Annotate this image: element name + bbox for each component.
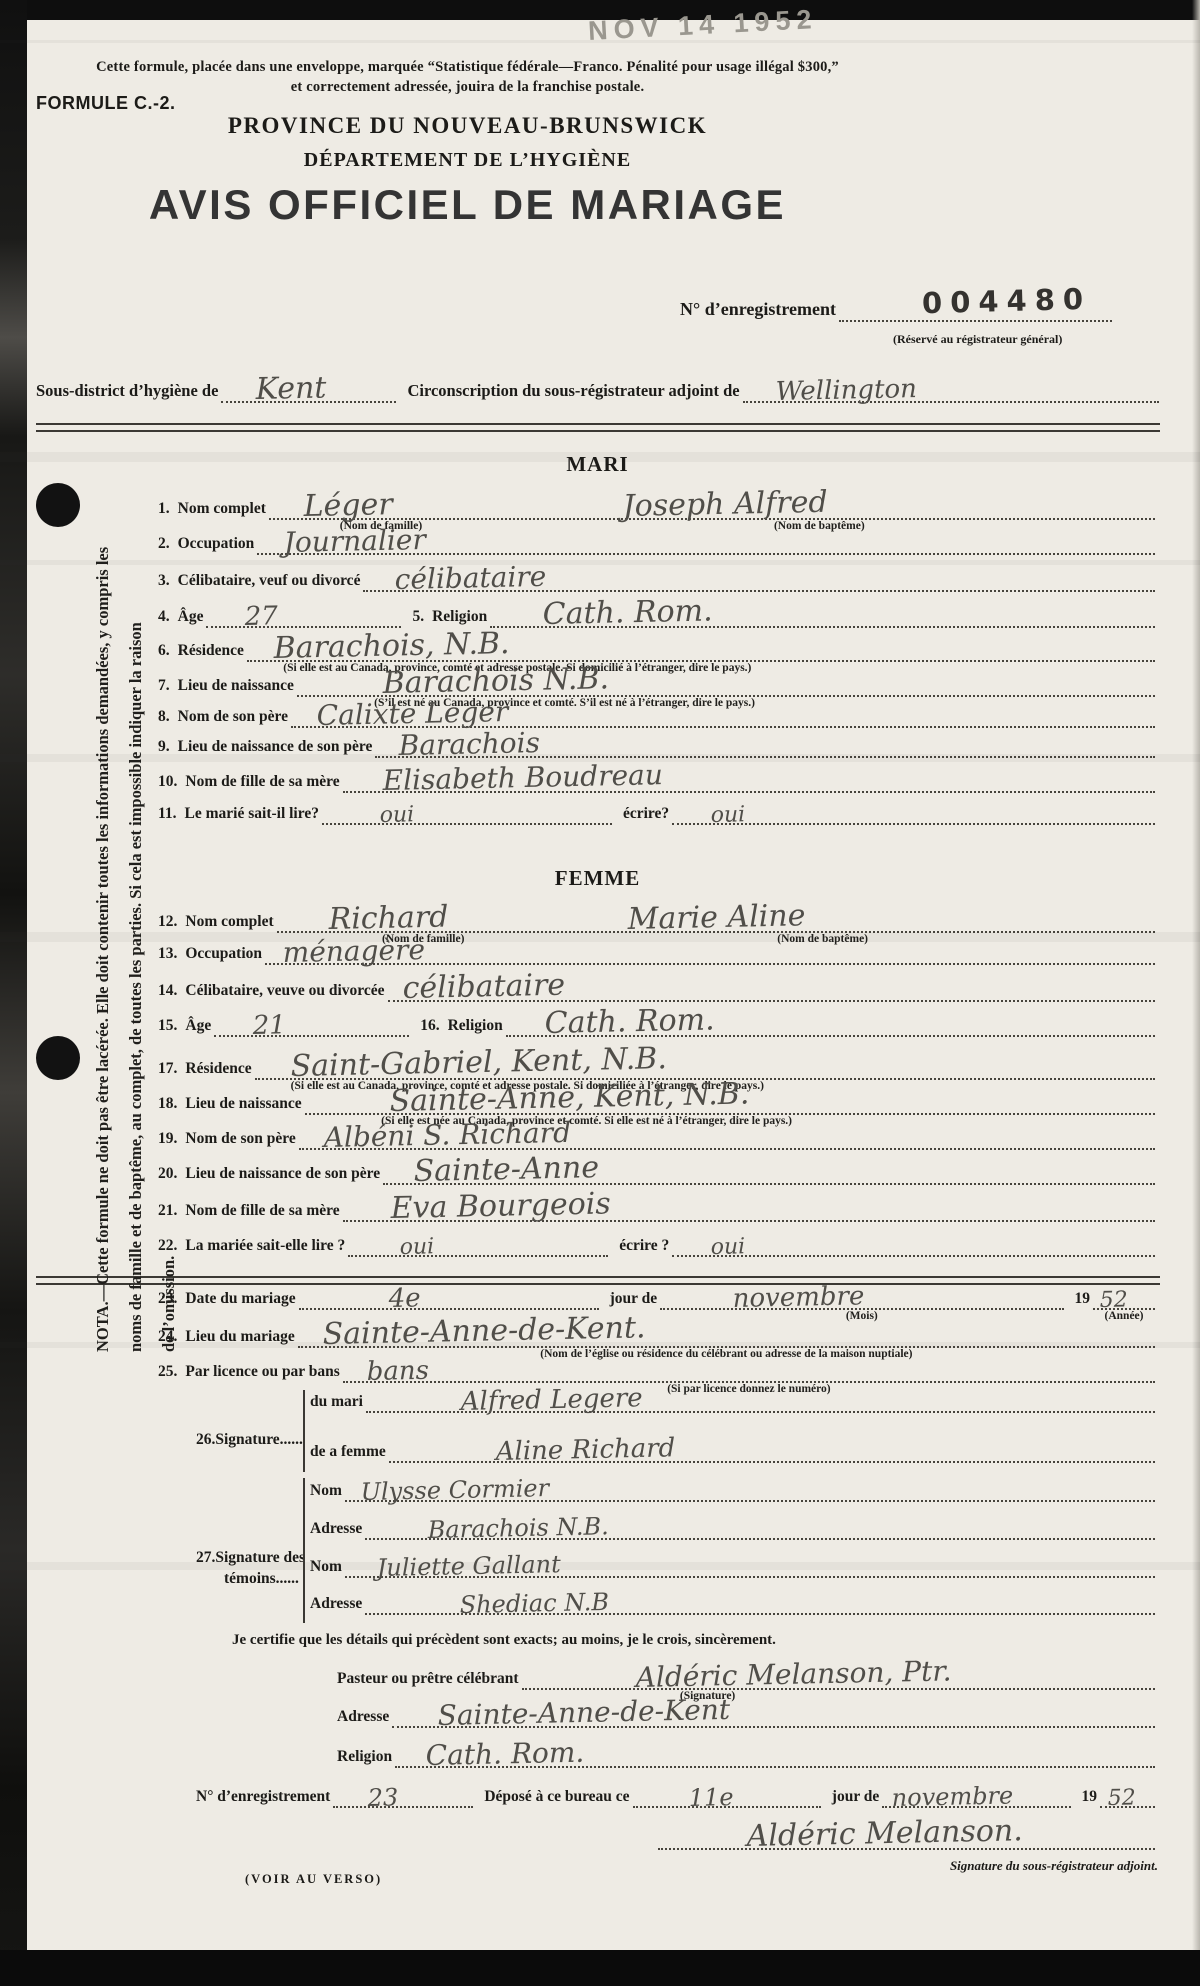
handwritten-family-name: Léger (304, 490, 394, 522)
jour-de-label: jour de (610, 1291, 658, 1311)
dotted-line: célibataire (388, 976, 1155, 1002)
dotted-line: oui (322, 799, 612, 825)
row-signature-femme: de a femme Aline Richard (310, 1433, 1158, 1463)
depose-label: Déposé à ce bureau ce (484, 1789, 629, 1809)
field-label-wrap: 5.Religion (412, 609, 487, 629)
dotted-line: célibataire (363, 566, 1155, 592)
jour-de-label: jour de (832, 1789, 880, 1809)
dotted-line: Barachois (375, 732, 1155, 758)
dotted-line: bans (Si par licence donnez le numéro) (343, 1357, 1155, 1383)
province-heading: PROVINCE DU NOUVEAU-BRUNSWICK (35, 113, 900, 139)
registration-caption: (Réservé au régistrateur général) (893, 332, 1062, 347)
field-label: Résidence (178, 642, 244, 659)
handwritten-etat-civil: célibataire (402, 971, 565, 1004)
field-signature-group-label: 26.Signature...... (196, 1430, 303, 1451)
field-label: Lieu du mariage (185, 1328, 294, 1345)
scan-edge-right (1192, 0, 1200, 1986)
field-lieu-naissance-mari: 7.Lieu de naissance Barachois N.B. (S’il… (158, 667, 1158, 697)
scanned-marriage-form: NOV 14 1952 004480 Cette formule, placée… (0, 0, 1200, 1986)
dotted-line: Léger (Nom de famille) Joseph Alfred (No… (269, 494, 1155, 520)
nom-label: Nom (310, 1483, 342, 1503)
handwritten-residence: Saint-Gabriel, Kent, N.B. (290, 1044, 667, 1082)
field-label: Religion (448, 1017, 503, 1034)
field-etat-civil-mari: 3.Célibataire, veuf ou divorcé célibatai… (158, 562, 1158, 592)
field-lieu-mariage: 24.Lieu du mariage Sainte-Anne-de-Kent. … (158, 1318, 1158, 1348)
dotted-line: 52 (1100, 1782, 1155, 1808)
field-etat-civil-femme: 14.Célibataire, veuve ou divorcée céliba… (158, 972, 1158, 1002)
field-label-wrap: 16.Religion (420, 1018, 503, 1038)
dotted-line: novembre (Mois) (660, 1284, 1063, 1310)
handwritten-licence-bans: bans (367, 1358, 430, 1385)
handwritten-nom-pere: Albéni S. Richard (324, 1119, 572, 1152)
field-label: Célibataire, veuf ou divorcé (178, 572, 361, 589)
row-celebrant: Pasteur ou prêtre célébrant Aldéric Mela… (337, 1660, 1158, 1690)
dotted-line: oui (348, 1231, 608, 1257)
handwritten-age: 27 (245, 603, 279, 630)
handwritten-residence: Barachois, N.B. (274, 629, 510, 664)
dotted-line: Barachois N.B. (365, 1514, 1155, 1540)
dotted-line: Aldéric Melanson. (658, 1824, 1155, 1850)
dotted-line: Barachois N.B. (S’il est né au Canada, p… (297, 671, 1155, 697)
postal-notice-line1: Cette formule, placée dans une enveloppe… (35, 57, 900, 77)
religion-label: Religion (337, 1749, 392, 1769)
page-title: AVIS OFFICIEL DE MARIAGE (35, 181, 900, 229)
adresse-label: Adresse (310, 1596, 362, 1616)
circonscription-label: Circonscription du sous-régistrateur adj… (407, 383, 739, 404)
field-nom-mere-mari: 10.Nom de fille de sa mère Elisabeth Bou… (158, 763, 1158, 793)
field-label: Nom complet (178, 500, 266, 517)
field-age-religion-femme: 15.Âge 21 16.Religion Cath. Rom. (158, 1007, 1158, 1037)
handwritten-age: 21 (253, 1012, 287, 1039)
punch-hole-top (36, 483, 80, 527)
dotted-line: Aline Richard (389, 1437, 1155, 1463)
field-age-religion-mari: 4.Âge 27 5.Religion Cath. Rom. (158, 598, 1158, 628)
handwritten-sait-lire: oui (380, 804, 415, 827)
handwritten-circonscription: Wellington (775, 376, 917, 405)
field-residence-femme: 17.Résidence Saint-Gabriel, Kent, N.B. (… (158, 1050, 1158, 1080)
field-label: Religion (432, 608, 487, 625)
field-temoins-group-label: 27.Signature des témoins...... (196, 1548, 305, 1590)
registrar-signature-caption: Signature du sous-régistrateur adjoint. (655, 1858, 1158, 1874)
field-label: Occupation (178, 535, 255, 552)
field-label: Signature...... (215, 1431, 303, 1448)
field-label-wrap: 22.La mariée sait-elle lire ? (158, 1238, 345, 1258)
handwritten-nom-mere: Elisabeth Boudreau (383, 761, 664, 795)
field-label: Nom de son père (178, 708, 288, 725)
ecrire-label: écrire ? (619, 1238, 669, 1258)
dotted-line: 11e (633, 1782, 821, 1808)
field-label: Âge (185, 1017, 211, 1034)
row-temoin2-adresse: Adresse Shediac N.B (310, 1585, 1158, 1615)
postal-notice: Cette formule, placée dans une enveloppe… (35, 57, 900, 98)
field-label: Célibataire, veuve ou divorcée (185, 982, 384, 999)
handwritten-religion: Cath. Rom. (544, 1005, 715, 1039)
handwritten-signature-mari: Alfred Legere (460, 1385, 642, 1415)
handwritten-lieu-mariage: Sainte-Anne-de-Kent. (323, 1313, 646, 1350)
de-la-femme-label: de a femme (310, 1444, 386, 1464)
handwritten-depose-mois: novembre (891, 1783, 1013, 1810)
registration-number-row: N° d’enregistrement (680, 292, 1115, 322)
field-label: Nom de son père (185, 1130, 295, 1147)
handwritten-sait-lire: oui (400, 1236, 435, 1259)
field-date-mariage: 23.Date du mariage 4e jour de novembre (… (158, 1280, 1158, 1310)
handwritten-lieu-naissance: Barachois N.B. (382, 664, 609, 699)
handwritten-given-names: Marie Aline (627, 901, 805, 935)
field-label: Date du mariage (185, 1290, 295, 1307)
handwritten-lieu-naissance-pere: Barachois (398, 729, 540, 760)
field-label: Lieu de naissance de son père (178, 738, 373, 755)
dotted-line: Richard (Nom de famille) Marie Aline (No… (277, 907, 1155, 933)
field-label-line2: témoins...... (196, 1569, 305, 1590)
handwritten-subdistrict: Kent (256, 374, 327, 405)
celebrant-label: Pasteur ou prêtre célébrant (337, 1671, 519, 1691)
brace-signature (303, 1390, 305, 1472)
dotted-line: Albéni S. Richard (299, 1124, 1155, 1150)
field-nom-mere-femme: 21.Nom de fille de sa mère Eva Bourgeois (158, 1192, 1158, 1222)
handwritten-sait-ecrire: oui (710, 804, 745, 827)
handwritten-etat-civil: célibataire (395, 563, 547, 594)
field-licence-bans: 25.Par licence ou par bans bans (Si par … (158, 1353, 1158, 1383)
dotted-line: Barachois, N.B. (Si elle est au Canada, … (247, 636, 1155, 662)
row-temoin1-adresse: Adresse Barachois N.B. (310, 1510, 1158, 1540)
dotted-line: Journalier (257, 529, 1155, 555)
handwritten-jour: 4e (388, 1285, 420, 1312)
handwritten-given-names: Joseph Alfred (623, 488, 829, 522)
row-temoin2-nom: Nom Juliette Gallant (310, 1548, 1158, 1578)
handwritten-nom-mere: Eva Bourgeois (391, 1189, 612, 1224)
field-label: Par licence ou par bans (185, 1363, 339, 1380)
field-label-wrap: 14.Célibataire, veuve ou divorcée (158, 983, 385, 1003)
field-label: Lieu de naissance (185, 1095, 301, 1112)
field-nom-pere-mari: 8.Nom de son père Calixte Leger (158, 698, 1158, 728)
punch-hole-bottom (36, 1036, 80, 1080)
field-label: Lieu de naissance (178, 677, 294, 694)
adresse-label: Adresse (310, 1521, 362, 1541)
field-number: 5. (412, 609, 424, 625)
year-prefix: 19 (1082, 1789, 1098, 1809)
scan-edge-bottom (0, 1950, 1200, 1986)
dotted-line: Kent (221, 377, 396, 403)
field-number: 16. (420, 1018, 439, 1034)
dotted-line: Wellington (743, 377, 1159, 403)
dotted-line: ménagère (265, 939, 1155, 965)
district-row: Sous-district d’hygiène de Kent Circonsc… (36, 373, 1162, 403)
handwritten-lieu-naissance-pere: Sainte-Anne (413, 1153, 599, 1187)
field-nom-pere-femme: 19.Nom de son père Albéni S. Richard (158, 1120, 1158, 1150)
section-mari-heading: MARI (35, 452, 1160, 477)
nota-line2: noms de famille et de baptême, au comple… (119, 472, 152, 1352)
dotted-line: Cath. Rom. (490, 602, 1155, 628)
handwritten-mois: novembre (732, 1283, 864, 1312)
field-number: 26. (196, 1431, 215, 1448)
registration-label: N° d’enregistrement (680, 300, 836, 322)
field-label: Résidence (185, 1060, 251, 1077)
dotted-line: Cath. Rom. (506, 1011, 1155, 1037)
field-residence-mari: 6.Résidence Barachois, N.B. (Si elle est… (158, 632, 1158, 662)
field-label: Nom de fille de sa mère (185, 773, 339, 790)
handwritten-family-name: Richard (329, 902, 449, 935)
handwritten-celebrant-signature: Aldéric Melanson, Ptr. (635, 1657, 951, 1692)
row-signature-mari: du mari Alfred Legere (310, 1383, 1158, 1413)
field-label: Lieu de naissance de son père (185, 1165, 380, 1182)
ecrire-label: écrire? (623, 806, 669, 826)
dotted-line: Ulysse Cormier (345, 1476, 1155, 1502)
field-lieu-naissance-femme: 18.Lieu de naissance Sainte-Anne, Kent, … (158, 1085, 1158, 1115)
dotted-line: Shediac N.B (365, 1589, 1155, 1615)
dotted-line: Aldéric Melanson, Ptr. (Signature) (522, 1664, 1155, 1690)
dotted-line: Cath. Rom. (395, 1742, 1155, 1768)
handwritten-temoin2-nom: Juliette Gallant (377, 1552, 561, 1580)
dotted-line: 4e (299, 1284, 599, 1310)
field-label: Nom de fille de sa mère (185, 1202, 339, 1219)
handwritten-religion: Cath. Rom. (543, 596, 714, 630)
registration-label: N° d’enregistrement (196, 1789, 330, 1809)
handwritten-celebrant-adresse: Sainte-Anne-de-Kent (437, 1696, 730, 1730)
handwritten-lieu-naissance: Sainte-Anne, Kent, N.B. (389, 1079, 749, 1117)
double-rule (36, 423, 1160, 432)
handwritten-sait-ecrire: oui (710, 1236, 745, 1259)
nota-line1: NOTA.—Cette formule ne doit pas être lac… (86, 472, 119, 1352)
dotted-line: oui (672, 1231, 1155, 1257)
dotted-line: Alfred Legere (366, 1387, 1155, 1413)
field-label: Nom complet (185, 913, 273, 930)
temoins-label-line1-wrap: 27.Signature des (196, 1548, 305, 1569)
handwritten-registration-number: 23 (368, 1785, 399, 1810)
scan-edge-left (0, 0, 27, 1986)
field-label: Occupation (185, 945, 262, 962)
field-lieu-naissance-pere-femme: 20.Lieu de naissance de son père Sainte-… (158, 1155, 1158, 1185)
dotted-line: Sainte-Anne-de-Kent (392, 1702, 1155, 1728)
field-occupation-femme: 13.Occupation ménagère (158, 935, 1158, 965)
handwritten-depose-annee: 52 (1108, 1787, 1136, 1810)
dotted-line: 23 (333, 1782, 473, 1808)
field-label-wrap: 21.Nom de fille de sa mère (158, 1203, 340, 1223)
handwritten-registrar-signature: Aldéric Melanson. (747, 1816, 1024, 1852)
dotted-line: novembre (882, 1782, 1070, 1808)
field-label-wrap: 9.Lieu de naissance de son père (158, 739, 372, 759)
field-sait-lire-femme: 22.La mariée sait-elle lire ? oui écrire… (158, 1227, 1158, 1257)
handwritten-celebrant-religion: Cath. Rom. (425, 1739, 584, 1770)
row-registrar-signature: Aldéric Melanson. (655, 1820, 1158, 1850)
year-prefix: 19 (1075, 1291, 1091, 1311)
field-occupation-mari: 2.Occupation Journalier (158, 525, 1158, 555)
section-femme-heading: FEMME (35, 866, 1160, 891)
field-label-wrap: 10.Nom de fille de sa mère (158, 774, 340, 794)
dotted-line: Juliette Gallant (345, 1552, 1155, 1578)
dotted-line: Sainte-Anne (383, 1159, 1155, 1185)
field-label-wrap: 20.Lieu de naissance de son père (158, 1166, 380, 1186)
subdistrict-label: Sous-district d’hygiène de (36, 383, 218, 404)
handwritten-temoin1-adresse: Barachois N.B. (428, 1514, 610, 1542)
dotted-line: 27 (206, 602, 401, 628)
field-number: 27. (196, 1549, 215, 1566)
dotted-line: Calixte Leger (291, 702, 1155, 728)
handwritten-temoin2-adresse: Shediac N.B (460, 1590, 610, 1617)
row-temoin1-nom: Nom Ulysse Cormier (310, 1472, 1158, 1502)
handwritten-depose-jour: 11e (689, 1785, 734, 1810)
adresse-label: Adresse (337, 1709, 389, 1729)
handwritten-nom-pere: Calixte Leger (316, 698, 508, 730)
nota-vertical-text: NOTA.—Cette formule ne doit pas être lac… (86, 472, 185, 1352)
handwritten-annee: 52 (1100, 1289, 1128, 1312)
row-celebrant-adresse: Adresse Sainte-Anne-de-Kent (337, 1698, 1158, 1728)
dotted-line (839, 296, 1112, 322)
field-label-line1: Signature des (215, 1549, 305, 1566)
field-label: La mariée sait-elle lire ? (185, 1237, 345, 1254)
dotted-line: Eva Bourgeois (343, 1196, 1155, 1222)
field-number: 25. (158, 1364, 177, 1380)
field-label-wrap: 25.Par licence ou par bans (158, 1364, 340, 1384)
dotted-line: oui (672, 799, 1155, 825)
field-lieu-naissance-pere-mari: 9.Lieu de naissance de son père Barachoi… (158, 728, 1158, 758)
dotted-line: Elisabeth Boudreau (343, 767, 1155, 793)
handwritten-occupation: Journalier (284, 526, 427, 557)
department-heading: DÉPARTEMENT DE L’HYGIÈNE (35, 149, 900, 172)
du-mari-label: du mari (310, 1394, 363, 1414)
field-label: Le marié sait-il lire? (185, 805, 319, 822)
brace-temoins (303, 1478, 305, 1623)
dotted-line: 52 (Année) (1093, 1284, 1155, 1310)
field-nom-complet-mari: 1.Nom complet Léger (Nom de famille) Jos… (158, 490, 1158, 520)
form-code: FORMULE C.-2. (36, 93, 176, 114)
handwritten-signature-femme: Aline Richard (495, 1435, 675, 1465)
nom-label: Nom (310, 1559, 342, 1579)
row-celebrant-religion: Religion Cath. Rom. (337, 1738, 1158, 1768)
field-label-wrap: 3.Célibataire, veuf ou divorcé (158, 573, 360, 593)
field-nom-complet-femme: 12.Nom complet Richard (Nom de famille) … (158, 903, 1158, 933)
voir-au-verso: (VOIR AU VERSO) (245, 1872, 382, 1887)
certification-statement: Je certifie que les détails qui précèden… (232, 1632, 776, 1649)
nota-line3: de l’omission. (152, 472, 185, 1352)
dotted-line: Saint-Gabriel, Kent, N.B. (Si elle est a… (255, 1054, 1155, 1080)
handwritten-temoin1-nom: Ulysse Cormier (361, 1476, 550, 1504)
dotted-line: Sainte-Anne-de-Kent. (Nom de l’église ou… (298, 1322, 1155, 1348)
handwritten-occupation: ménagère (282, 936, 425, 967)
row-depot: N° d’enregistrement 23 Déposé à ce burea… (196, 1778, 1158, 1808)
dotted-line: Sainte-Anne, Kent, N.B. (Si elle est née… (305, 1089, 1155, 1115)
field-sait-lire-mari: 11.Le marié sait-il lire? oui écrire? ou… (158, 795, 1158, 825)
dotted-line: 21 (214, 1011, 409, 1037)
